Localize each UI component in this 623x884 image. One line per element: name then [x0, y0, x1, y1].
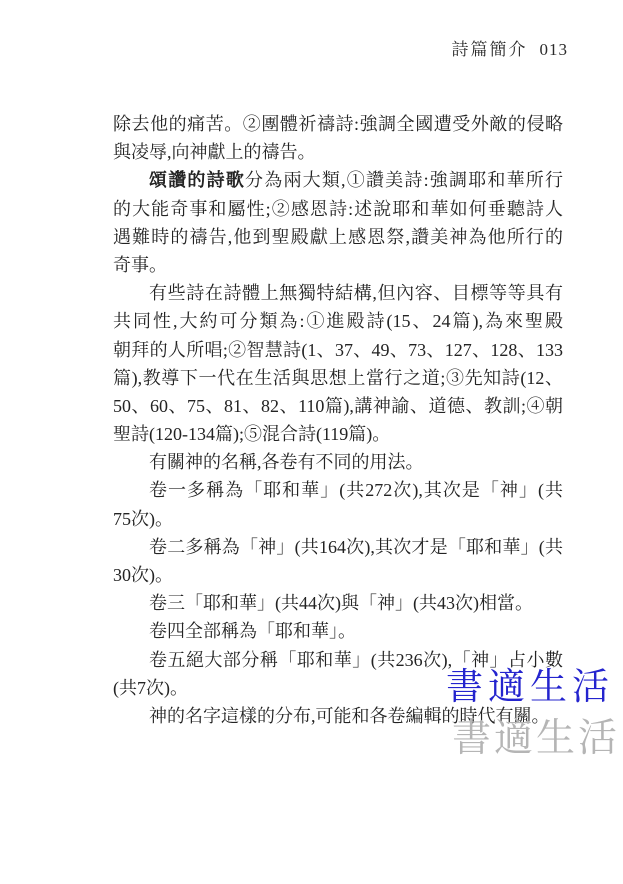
book-page: 詩篇簡介013 除去他的痛苦。②團體祈禱詩:強調全國遭受外敵的侵略 與凌辱,向神… [0, 0, 623, 884]
text-run: 分為兩大類,①讚美詩:強調耶和華所行 [245, 170, 563, 190]
running-header: 詩篇簡介013 [0, 35, 568, 60]
text-line: 篇),教導下一代在生活與思想上當行之道;③先知詩(12、 [113, 364, 563, 392]
text-line: 除去他的痛苦。②團體祈禱詩:強調全國遭受外敵的侵略 [113, 110, 563, 138]
text-line: 朝拜的人所唱;②智慧詩(1、37、49、73、127、128、133 [113, 336, 563, 364]
text-line: 30次)。 [113, 561, 563, 589]
page-number: 013 [540, 40, 569, 59]
text-line: 50、60、75、81、82、110篇),講神諭、道德、教訓;④朝 [113, 392, 563, 420]
text-line: 與凌辱,向神獻上的禱告。 [113, 138, 563, 166]
text-line: 奇事。 [113, 251, 563, 279]
text-line: (共7次)。 [113, 674, 563, 702]
text-line: 聖詩(120-134篇);⑤混合詩(119篇)。 [113, 420, 563, 448]
text-line: 遇難時的禱告,他到聖殿獻上感恩祭,讚美神為他所行的 [113, 223, 563, 251]
text-line: 頌讚的詩歌分為兩大類,①讚美詩:強調耶和華所行 [113, 166, 563, 194]
text-line: 共同性,大約可分類為:①進殿詩(15、24篇),為來聖殿 [113, 307, 563, 335]
text-line: 卷二多稱為「神」(共164次),其次才是「耶和華」(共 [113, 533, 563, 561]
text-line: 卷三「耶和華」(共44次)與「神」(共43次)相當。 [113, 589, 563, 617]
text-line: 卷五絕大部分稱「耶和華」(共236次),「神」占小數 [113, 646, 563, 674]
text-line: 卷一多稱為「耶和華」(共272次),其次是「神」(共 [113, 476, 563, 504]
text-line: 有關神的名稱,各卷有不同的用法。 [113, 448, 563, 476]
text-line: 75次)。 [113, 505, 563, 533]
text-line: 卷四全部稱為「耶和華」。 [113, 617, 563, 645]
text-line: 神的名字這樣的分布,可能和各卷編輯的時代有關。 [113, 702, 563, 730]
text-line: 有些詩在詩體上無獨特結構,但內容、目標等等具有 [113, 279, 563, 307]
bold-run: 頌讚的詩歌 [149, 170, 245, 190]
chapter-title: 詩篇簡介 [452, 40, 528, 59]
text-line: 的大能奇事和屬性;②感恩詩:述說耶和華如何垂聽詩人 [113, 195, 563, 223]
body-text: 除去他的痛苦。②團體祈禱詩:強調全國遭受外敵的侵略 與凌辱,向神獻上的禱告。 頌… [113, 110, 563, 730]
